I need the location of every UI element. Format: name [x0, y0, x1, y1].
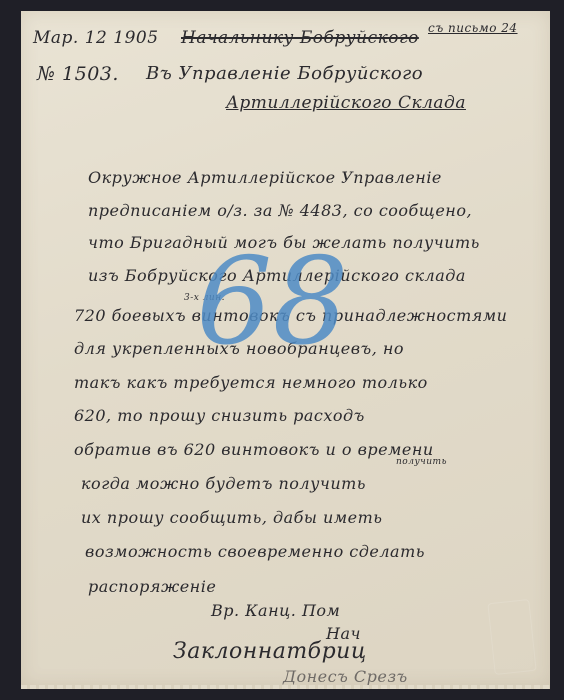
addressee-line-2: Артиллерійского Склада: [226, 93, 466, 113]
blue-pencil-annotation: 68: [196, 243, 349, 363]
body-line: Окружное Артиллерійское Управленіе: [88, 168, 442, 187]
closing-title: Вр. Канц. Пом: [211, 601, 340, 620]
body-line: обратив въ 620 винтовокъ и о времени: [74, 440, 434, 459]
body-line: предписаніем о/з. за № 4483, со сообщено…: [88, 201, 472, 220]
document-number: № 1503.: [37, 63, 119, 85]
body-line: когда можно будетъ получить: [81, 474, 366, 493]
addressee-line-1: Въ Управленіе Бобруйского: [146, 63, 423, 84]
inserted-word: получить: [396, 457, 447, 467]
body-line: возможность своевременно сделать: [85, 542, 425, 561]
secondary-signature: Донесъ Срезъ: [283, 667, 408, 686]
body-line: распоряженіе: [88, 577, 216, 596]
body-line: 620, то прошу снизить расходъ: [74, 406, 365, 425]
body-line: их прошу сообщить, дабы иметь: [81, 508, 382, 527]
corner-note: съ письмо 24: [428, 21, 518, 35]
embossed-stamp: [487, 599, 536, 675]
signature: Заклоннатбриц: [173, 639, 367, 664]
body-line: такъ какъ требуется немного только: [74, 373, 428, 392]
date: Мар. 12 1905: [33, 28, 159, 48]
struck-addressee: Начальнику Бобруйского: [181, 28, 419, 48]
letter-page: Мар. 12 1905 Начальнику Бобруйского съ п…: [21, 11, 550, 686]
